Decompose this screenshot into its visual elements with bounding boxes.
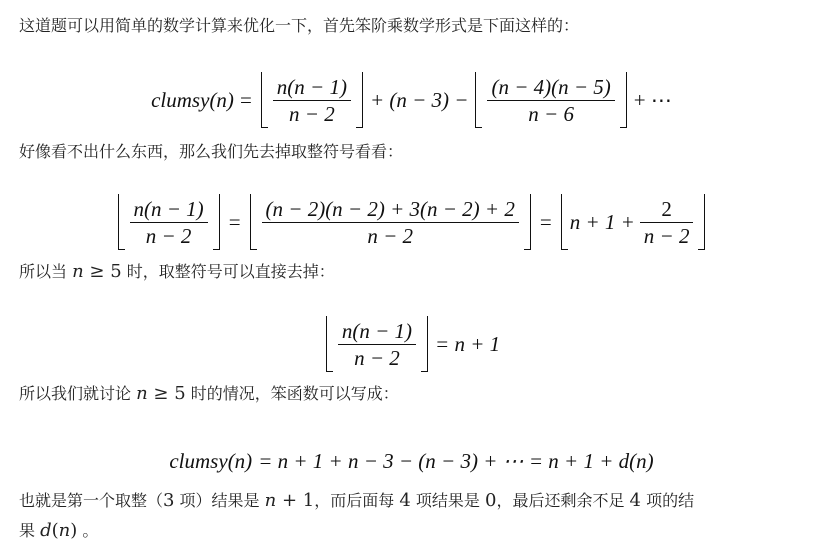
equals-sign: = xyxy=(240,88,252,113)
formula-rhs: = n + 1 xyxy=(435,332,500,357)
text: 也就是第一个取整（ xyxy=(19,491,163,510)
fraction-numerator: (n − 4)(n − 5) xyxy=(487,74,614,100)
math-variable: n xyxy=(59,520,71,541)
text: 果 xyxy=(19,521,35,540)
floor-bracket: (n − 2)(n − 2) + 3(n − 2) + 2 n − 2 xyxy=(250,194,531,250)
math-operator: ≥ xyxy=(148,383,175,404)
math-number: 3 xyxy=(163,490,174,511)
fraction-numerator: (n − 2)(n − 2) + 3(n − 2) + 2 xyxy=(262,196,519,222)
fraction-denominator: n − 2 xyxy=(363,223,417,249)
formula-floor-expansion: n(n − 1) n − 2 = (n − 2)(n − 2) + 3(n − … xyxy=(0,193,823,251)
paragraph-intro-text: 这道题可以用简单的数学计算来优化一下，首先笨阶乘数学形式是下面这样的： xyxy=(19,16,579,35)
equals-sign: = xyxy=(540,210,552,235)
paragraph-conclusion: 也就是第一个取整（3 项）结果是 n + 1，而后面每 4 项结果是 0，最后还… xyxy=(19,488,694,514)
paragraph-remove-floor: 好像看不出什么东西，那么我们先去掉取整符号看看： xyxy=(19,139,403,165)
math-paren: ( xyxy=(52,520,59,541)
math-expression: + 1 xyxy=(276,490,314,511)
floor-bracket: n + 1 + 2 n − 2 xyxy=(561,194,706,250)
formula-floor-simplified: n(n − 1) n − 2 = n + 1 xyxy=(0,314,823,374)
math-paren: ) xyxy=(70,520,77,541)
fraction-numerator: n(n − 1) xyxy=(338,318,416,344)
fraction-numerator: 2 xyxy=(657,196,676,222)
fraction: n(n − 1) n − 2 xyxy=(273,74,351,127)
floor-bracket: n(n − 1) n − 2 xyxy=(261,72,363,128)
formula-middle-term: + (n − 3) − xyxy=(370,88,469,113)
text: 项的结 xyxy=(641,491,694,510)
fraction: 2 n − 2 xyxy=(640,196,694,249)
text: ，最后还剩余不足 xyxy=(496,491,624,510)
floor-inner-term: n + 1 + xyxy=(570,210,635,235)
math-variable: n xyxy=(265,490,277,511)
formula-lhs: clumsy xyxy=(169,449,227,474)
fraction: n(n − 1) n − 2 xyxy=(130,196,208,249)
text: 时的情况，笨函数可以写成： xyxy=(186,384,399,403)
formula-rhs: = n + 1 + n − 3 − (n − 3) + ⋯ = n + 1 + … xyxy=(258,449,653,474)
math-number: 4 xyxy=(630,490,641,511)
text: 项结果是 xyxy=(411,491,480,510)
fraction-denominator: n − 2 xyxy=(142,223,196,249)
floor-bracket: n(n − 1) n − 2 xyxy=(118,194,220,250)
math-variable: n xyxy=(72,261,84,282)
fraction: (n − 4)(n − 5) n − 6 xyxy=(487,74,614,127)
fraction-denominator: n − 2 xyxy=(285,101,339,127)
formula-arg: (n) xyxy=(228,449,253,474)
text: 项）结果是 xyxy=(174,491,259,510)
math-operator: ≥ xyxy=(84,261,111,282)
math-number: 4 xyxy=(399,490,410,511)
paragraph-discussion: 所以我们就讨论 n ≥ 5 时的情况，笨函数可以写成： xyxy=(19,381,399,407)
formula-tail: + ⋯ xyxy=(634,88,672,113)
equals-sign: = xyxy=(229,210,241,235)
text: 所以我们就讨论 xyxy=(19,384,131,403)
paragraph-intro: 这道题可以用简单的数学计算来优化一下，首先笨阶乘数学形式是下面这样的： xyxy=(19,13,579,39)
math-number: 5 xyxy=(174,383,185,404)
paragraph-conclusion-continued: 果 d(n) 。 xyxy=(19,518,98,544)
text: 。 xyxy=(82,521,98,540)
formula-clumsy-result: clumsy(n) = n + 1 + n − 3 − (n − 3) + ⋯ … xyxy=(0,444,823,478)
floor-bracket: (n − 4)(n − 5) n − 6 xyxy=(475,72,626,128)
floor-bracket: n(n − 1) n − 2 xyxy=(326,316,428,372)
text: ，而后面每 xyxy=(314,491,394,510)
paragraph-remove-floor-text: 好像看不出什么东西，那么我们先去掉取整符号看看： xyxy=(19,142,403,161)
math-number: 5 xyxy=(110,261,121,282)
fraction: n(n − 1) n − 2 xyxy=(338,318,416,371)
formula-arg: (n) xyxy=(209,88,234,113)
math-variable: d xyxy=(40,520,52,541)
fraction: (n − 2)(n − 2) + 3(n − 2) + 2 n − 2 xyxy=(262,196,519,249)
formula-clumsy-definition: clumsy(n) = n(n − 1) n − 2 + (n − 3) − (… xyxy=(0,70,823,130)
fraction-numerator: n(n − 1) xyxy=(273,74,351,100)
fraction-denominator: n − 6 xyxy=(524,101,578,127)
text: 时，取整符号可以直接去掉： xyxy=(122,262,335,281)
text: 所以当 xyxy=(19,262,67,281)
fraction-numerator: n(n − 1) xyxy=(130,196,208,222)
math-variable: n xyxy=(136,383,148,404)
fraction-denominator: n − 2 xyxy=(350,345,404,371)
formula-lhs: clumsy xyxy=(151,88,209,113)
fraction-denominator: n − 2 xyxy=(640,223,694,249)
math-number: 0 xyxy=(485,490,496,511)
paragraph-condition: 所以当 n ≥ 5 时，取整符号可以直接去掉： xyxy=(19,259,335,285)
